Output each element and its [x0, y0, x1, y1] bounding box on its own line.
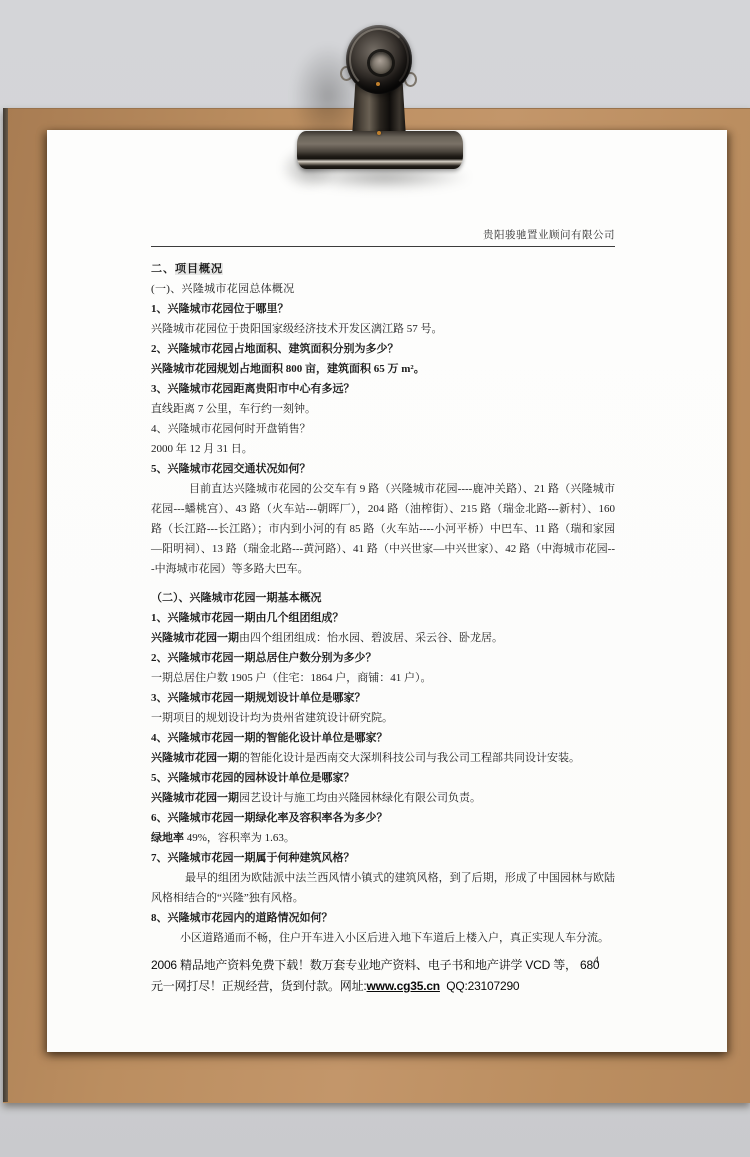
answer: 兴隆城市花园一期园艺设计与施工均由兴隆园林绿化有限公司负责。: [151, 788, 615, 808]
binder-clip-clamp: [297, 131, 463, 169]
question: 5、兴隆城市花园的园林设计单位是哪家？: [151, 768, 615, 788]
clip-glint: [376, 82, 380, 86]
question: 8、兴隆城市花园内的道路情况如何？: [151, 908, 615, 928]
question: 1、兴隆城市花园位于哪里？: [151, 299, 615, 319]
answer: 一期总居住户数 1905 户（住宅：1864 户，商铺：41 户）。: [151, 668, 615, 688]
footer-ad: 2006 精品地产资料免费下载！数万套专业地产资料、电子书和地产讲学 VCD 等…: [151, 955, 615, 997]
clipboard-left-edge: [3, 108, 8, 1102]
header-rule: [151, 246, 615, 247]
answer: 直线距离 7 公里，车行约一刻钟。: [151, 399, 615, 419]
question: 5、兴隆城市花园交通状况如何？: [151, 459, 615, 479]
question: 3、兴隆城市花园一期规划设计单位是哪家？: [151, 688, 615, 708]
footer-line-2: 元一网打尽！正规经营，货到付款。网址:www.cg35.cn QQ:231072…: [151, 976, 615, 997]
answer: 兴隆城市花园规划占地面积 800 亩，建筑面积 65 万 m²。: [151, 359, 615, 379]
clip-glint: [377, 131, 381, 135]
clip-knob-hole: [370, 52, 392, 74]
answer: 2000 年 12 月 31 日。: [151, 439, 615, 459]
subsection-1-title: (一)、兴隆城市花园总体概况: [151, 279, 615, 299]
answer: 小区道路通而不畅，住户开车进入小区后进入地下车道后上楼入户，真正实现人车分流。: [151, 928, 615, 948]
question: 1、兴隆城市花园一期由几个组团组成？: [151, 608, 615, 628]
answer-paragraph: 最早的组团为欧陆派中法兰西风情小镇式的建筑风格，到了后期，形成了中国园林与欧陆风…: [151, 868, 615, 908]
footer-line-1: 2006 精品地产资料免费下载！数万套专业地产资料、电子书和地产讲学 VCD 等…: [151, 955, 615, 976]
document-body: 二、项目概况 (一)、兴隆城市花园总体概况 1、兴隆城市花园位于哪里？ 兴隆城市…: [151, 259, 615, 948]
page-content: 贵阳骏驰置业顾问有限公司 二、项目概况 (一)、兴隆城市花园总体概况 1、兴隆城…: [151, 130, 615, 997]
page-number: 4: [594, 956, 599, 966]
bus-routes-paragraph: 目前直达兴隆城市花园的公交车有 9 路（兴隆城市花园----鹿冲关路）、21 路…: [151, 479, 615, 579]
question: 6、兴隆城市花园一期绿化率及容积率各为多少？: [151, 808, 615, 828]
question: 4、兴隆城市花园何时开盘销售？: [151, 419, 615, 439]
header-company: 贵阳骏驰置业顾问有限公司: [151, 229, 615, 242]
answer: 一期项目的规划设计均为贵州省建筑设计研究院。: [151, 708, 615, 728]
photo-canvas: 贵阳骏驰置业顾问有限公司 二、项目概况 (一)、兴隆城市花园总体概况 1、兴隆城…: [0, 0, 750, 1157]
answer: 兴隆城市花园一期的智能化设计是西南交大深圳科技公司与我公司工程部共同设计安装。: [151, 748, 615, 768]
question: 2、兴隆城市花园占地面积、建筑面积分别为多少？: [151, 339, 615, 359]
question: 7、兴隆城市花园一期属于何种建筑风格？: [151, 848, 615, 868]
question: 3、兴隆城市花园距离贵阳市中心有多远？: [151, 379, 615, 399]
answer: 绿地率 49%，容积率为 1.63。: [151, 828, 615, 848]
section-title: 二、项目概况: [151, 259, 615, 279]
question: 4、兴隆城市花园一期的智能化设计单位是哪家？: [151, 728, 615, 748]
answer: 兴隆城市花园位于贵阳国家级经济技术开发区漓江路 57 号。: [151, 319, 615, 339]
question: 2、兴隆城市花园一期总居住户数分别为多少？: [151, 648, 615, 668]
subsection-2-title: （二）、兴隆城市花园一期基本概况: [151, 588, 615, 608]
answer: 兴隆城市花园一期由四个组团组成：怡水园、碧波居、采云谷、卧龙居。: [151, 628, 615, 648]
document-page: 贵阳骏驰置业顾问有限公司 二、项目概况 (一)、兴隆城市花园总体概况 1、兴隆城…: [47, 130, 727, 1052]
footer-url-link[interactable]: www.cg35.cn: [367, 979, 440, 993]
